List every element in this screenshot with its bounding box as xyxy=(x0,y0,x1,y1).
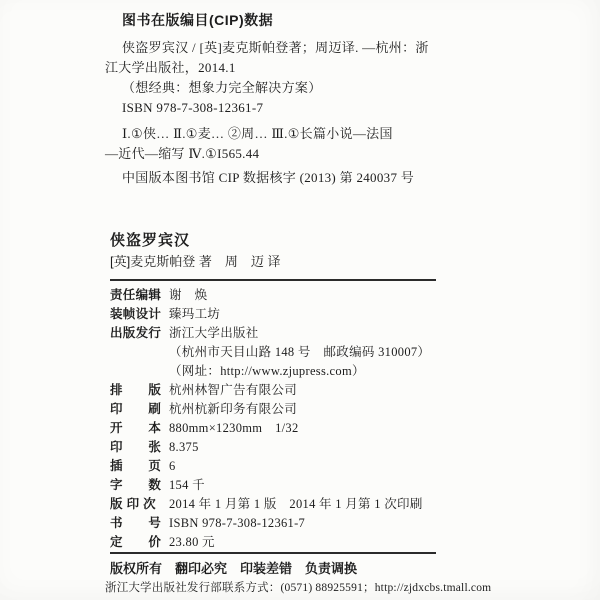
copyright-notice: 版权所有 翻印必究 印装差错 负责调换 xyxy=(110,560,600,577)
cip-line-publisher: 江大学出版社，2014.1 xyxy=(105,58,600,78)
row-label: 装帧设计 xyxy=(110,305,162,324)
book-copyright-page: 图书在版编目(CIP)数据 侠盗罗宾汉 / [英]麦克斯帕登著；周迈译. —杭州… xyxy=(0,0,600,600)
colophon-row-wordcount: 字 数 154 千 xyxy=(110,476,600,495)
row-value: 浙江大学出版社 xyxy=(169,324,259,343)
colophon-row-typesetting: 排 版 杭州林智广告有限公司 xyxy=(110,381,600,400)
colophon-row-design: 装帧设计 臻玛工坊 xyxy=(110,305,600,324)
row-label: 开 本 xyxy=(110,419,162,438)
row-value: （网址：http://www.zjupress.com） xyxy=(169,362,365,381)
book-title: 侠盗罗宾汉 xyxy=(110,232,600,250)
row-label: 字 数 xyxy=(110,476,162,495)
divider-rule-bottom xyxy=(110,552,436,554)
row-label: 印 张 xyxy=(110,438,162,457)
row-label xyxy=(110,343,162,362)
row-label: 排 版 xyxy=(110,381,162,400)
row-label: 书 号 xyxy=(110,514,162,533)
colophon-row-printing: 印 刷 杭州杭新印务有限公司 xyxy=(110,400,600,419)
cip-line-series: （想经典：想象力完全解决方案） xyxy=(105,78,600,98)
page-footer: 版权所有 翻印必究 印装差错 负责调换 浙江大学出版社发行部联系方式：(0571… xyxy=(0,560,600,595)
title-block: 侠盗罗宾汉 [英]麦克斯帕登 著 周 迈 译 xyxy=(110,232,600,271)
row-value: 谢 焕 xyxy=(169,286,207,305)
divider-rule-top xyxy=(110,279,436,281)
cip-block: 图书在版编目(CIP)数据 侠盗罗宾汉 / [英]麦克斯帕登著；周迈译. —杭州… xyxy=(0,0,600,188)
row-value: ISBN 978-7-308-12361-7 xyxy=(169,514,305,533)
cip-line-title-statement: 侠盗罗宾汉 / [英]麦克斯帕登著；周迈译. —杭州：浙 xyxy=(105,38,600,58)
row-value: 杭州杭新印务有限公司 xyxy=(169,400,297,419)
row-value: （杭州市天目山路 148 号 邮政编码 310007） xyxy=(169,343,430,362)
colophon-row-address: （杭州市天目山路 148 号 邮政编码 310007） xyxy=(110,343,600,362)
cip-line-classification-2: —近代—缩写 Ⅳ.①I565.44 xyxy=(105,144,600,164)
row-label: 定 价 xyxy=(110,533,162,552)
row-value: 臻玛工坊 xyxy=(169,305,220,324)
colophon-row-sheets: 印 张 8.375 xyxy=(110,438,600,457)
cip-line-record-number: 中国版本图书馆 CIP 数据核字 (2013) 第 240037 号 xyxy=(105,168,600,188)
row-value: 23.80 元 xyxy=(169,533,215,552)
colophon-row-format: 开 本 880mm×1230mm 1/32 xyxy=(110,419,600,438)
colophon-row-price: 定 价 23.80 元 xyxy=(110,533,600,552)
row-value: 880mm×1230mm 1/32 xyxy=(169,419,299,438)
colophon-row-editor: 责任编辑 谢 焕 xyxy=(110,286,600,305)
row-label: 版 印 次 xyxy=(110,495,162,514)
publisher-contact: 浙江大学出版社发行部联系方式：(0571) 88925591；http://zj… xyxy=(105,581,600,595)
cip-line-classification-1: Ⅰ.①侠… Ⅱ.①麦… ②周… Ⅲ.①长篇小说—法国 xyxy=(105,124,600,144)
colophon-row-publisher: 出版发行 浙江大学出版社 xyxy=(110,324,600,343)
book-byline: [英]麦克斯帕登 著 周 迈 译 xyxy=(110,253,600,271)
row-label: 出版发行 xyxy=(110,324,162,343)
colophon-table: 责任编辑 谢 焕 装帧设计 臻玛工坊 出版发行 浙江大学出版社 （杭州市天目山路… xyxy=(110,286,600,552)
colophon-row-website: （网址：http://www.zjupress.com） xyxy=(110,362,600,381)
row-value: 154 千 xyxy=(169,476,205,495)
cip-line-isbn: ISBN 978-7-308-12361-7 xyxy=(105,98,600,118)
colophon-row-isbn: 书 号 ISBN 978-7-308-12361-7 xyxy=(110,514,600,533)
row-label xyxy=(110,362,162,381)
row-value: 8.375 xyxy=(169,438,199,457)
row-value: 2014 年 1 月第 1 版 2014 年 1 月第 1 次印刷 xyxy=(169,495,423,514)
cip-heading: 图书在版编目(CIP)数据 xyxy=(122,12,600,29)
row-label: 责任编辑 xyxy=(110,286,162,305)
colophon-row-edition: 版 印 次 2014 年 1 月第 1 版 2014 年 1 月第 1 次印刷 xyxy=(110,495,600,514)
row-value: 6 xyxy=(169,457,176,476)
row-label: 插 页 xyxy=(110,457,162,476)
colophon-row-inserts: 插 页 6 xyxy=(110,457,600,476)
row-value: 杭州林智广告有限公司 xyxy=(169,381,297,400)
row-label: 印 刷 xyxy=(110,400,162,419)
